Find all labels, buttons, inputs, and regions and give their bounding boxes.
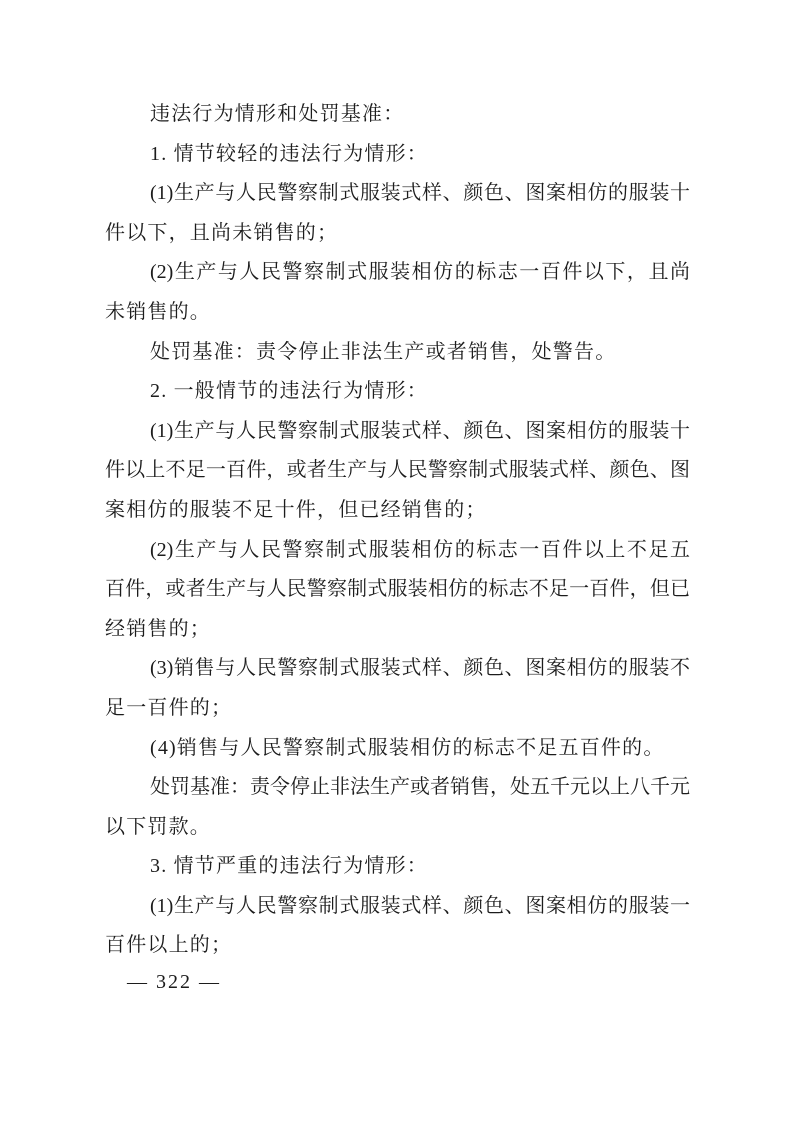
text-line: 未销售的。 — [105, 293, 690, 333]
text-line: 处罚基准：责令停止非法生产或者销售，处五千元以上八千元 — [105, 768, 690, 808]
text-line: 足一百件的； — [105, 689, 690, 729]
text-line: 3. 情节严重的违法行为情形： — [105, 847, 690, 887]
document-body: 违法行为情形和处罚基准： 1. 情节较轻的违法行为情形： (1)生产与人民警察制… — [105, 95, 690, 966]
text-line: 经销售的； — [105, 610, 690, 650]
text-line: (2)生产与人民警察制式服装相仿的标志一百件以上不足五 — [105, 531, 690, 571]
text-line: 件以上不足一百件，或者生产与人民警察制式服装式样、颜色、图 — [105, 451, 690, 491]
text-line: 案相仿的服装不足十件，但已经销售的； — [105, 491, 690, 531]
document-page: 违法行为情形和处罚基准： 1. 情节较轻的违法行为情形： (1)生产与人民警察制… — [0, 0, 793, 1122]
page-number: — 322 — — [127, 963, 221, 1003]
text-line: 2. 一般情节的违法行为情形： — [105, 372, 690, 412]
text-line: 以下罚款。 — [105, 808, 690, 848]
text-line: 1. 情节较轻的违法行为情形： — [105, 135, 690, 175]
text-line: (1)生产与人民警察制式服装式样、颜色、图案相仿的服装一 — [105, 887, 690, 927]
text-line: 处罚基准：责令停止非法生产或者销售，处警告。 — [105, 333, 690, 373]
text-line: (3)销售与人民警察制式服装式样、颜色、图案相仿的服装不 — [105, 649, 690, 689]
text-line: (2)生产与人民警察制式服装相仿的标志一百件以下，且尚 — [105, 253, 690, 293]
text-line: 百件以上的； — [105, 926, 690, 966]
text-line: 违法行为情形和处罚基准： — [105, 95, 690, 135]
text-line: 百件，或者生产与人民警察制式服装相仿的标志不足一百件，但已 — [105, 570, 690, 610]
text-line: (1)生产与人民警察制式服装式样、颜色、图案相仿的服装十 — [105, 174, 690, 214]
text-line: (1)生产与人民警察制式服装式样、颜色、图案相仿的服装十 — [105, 412, 690, 452]
text-line: (4)销售与人民警察制式服装相仿的标志不足五百件的。 — [105, 729, 690, 769]
text-line: 件以下，且尚未销售的； — [105, 214, 690, 254]
